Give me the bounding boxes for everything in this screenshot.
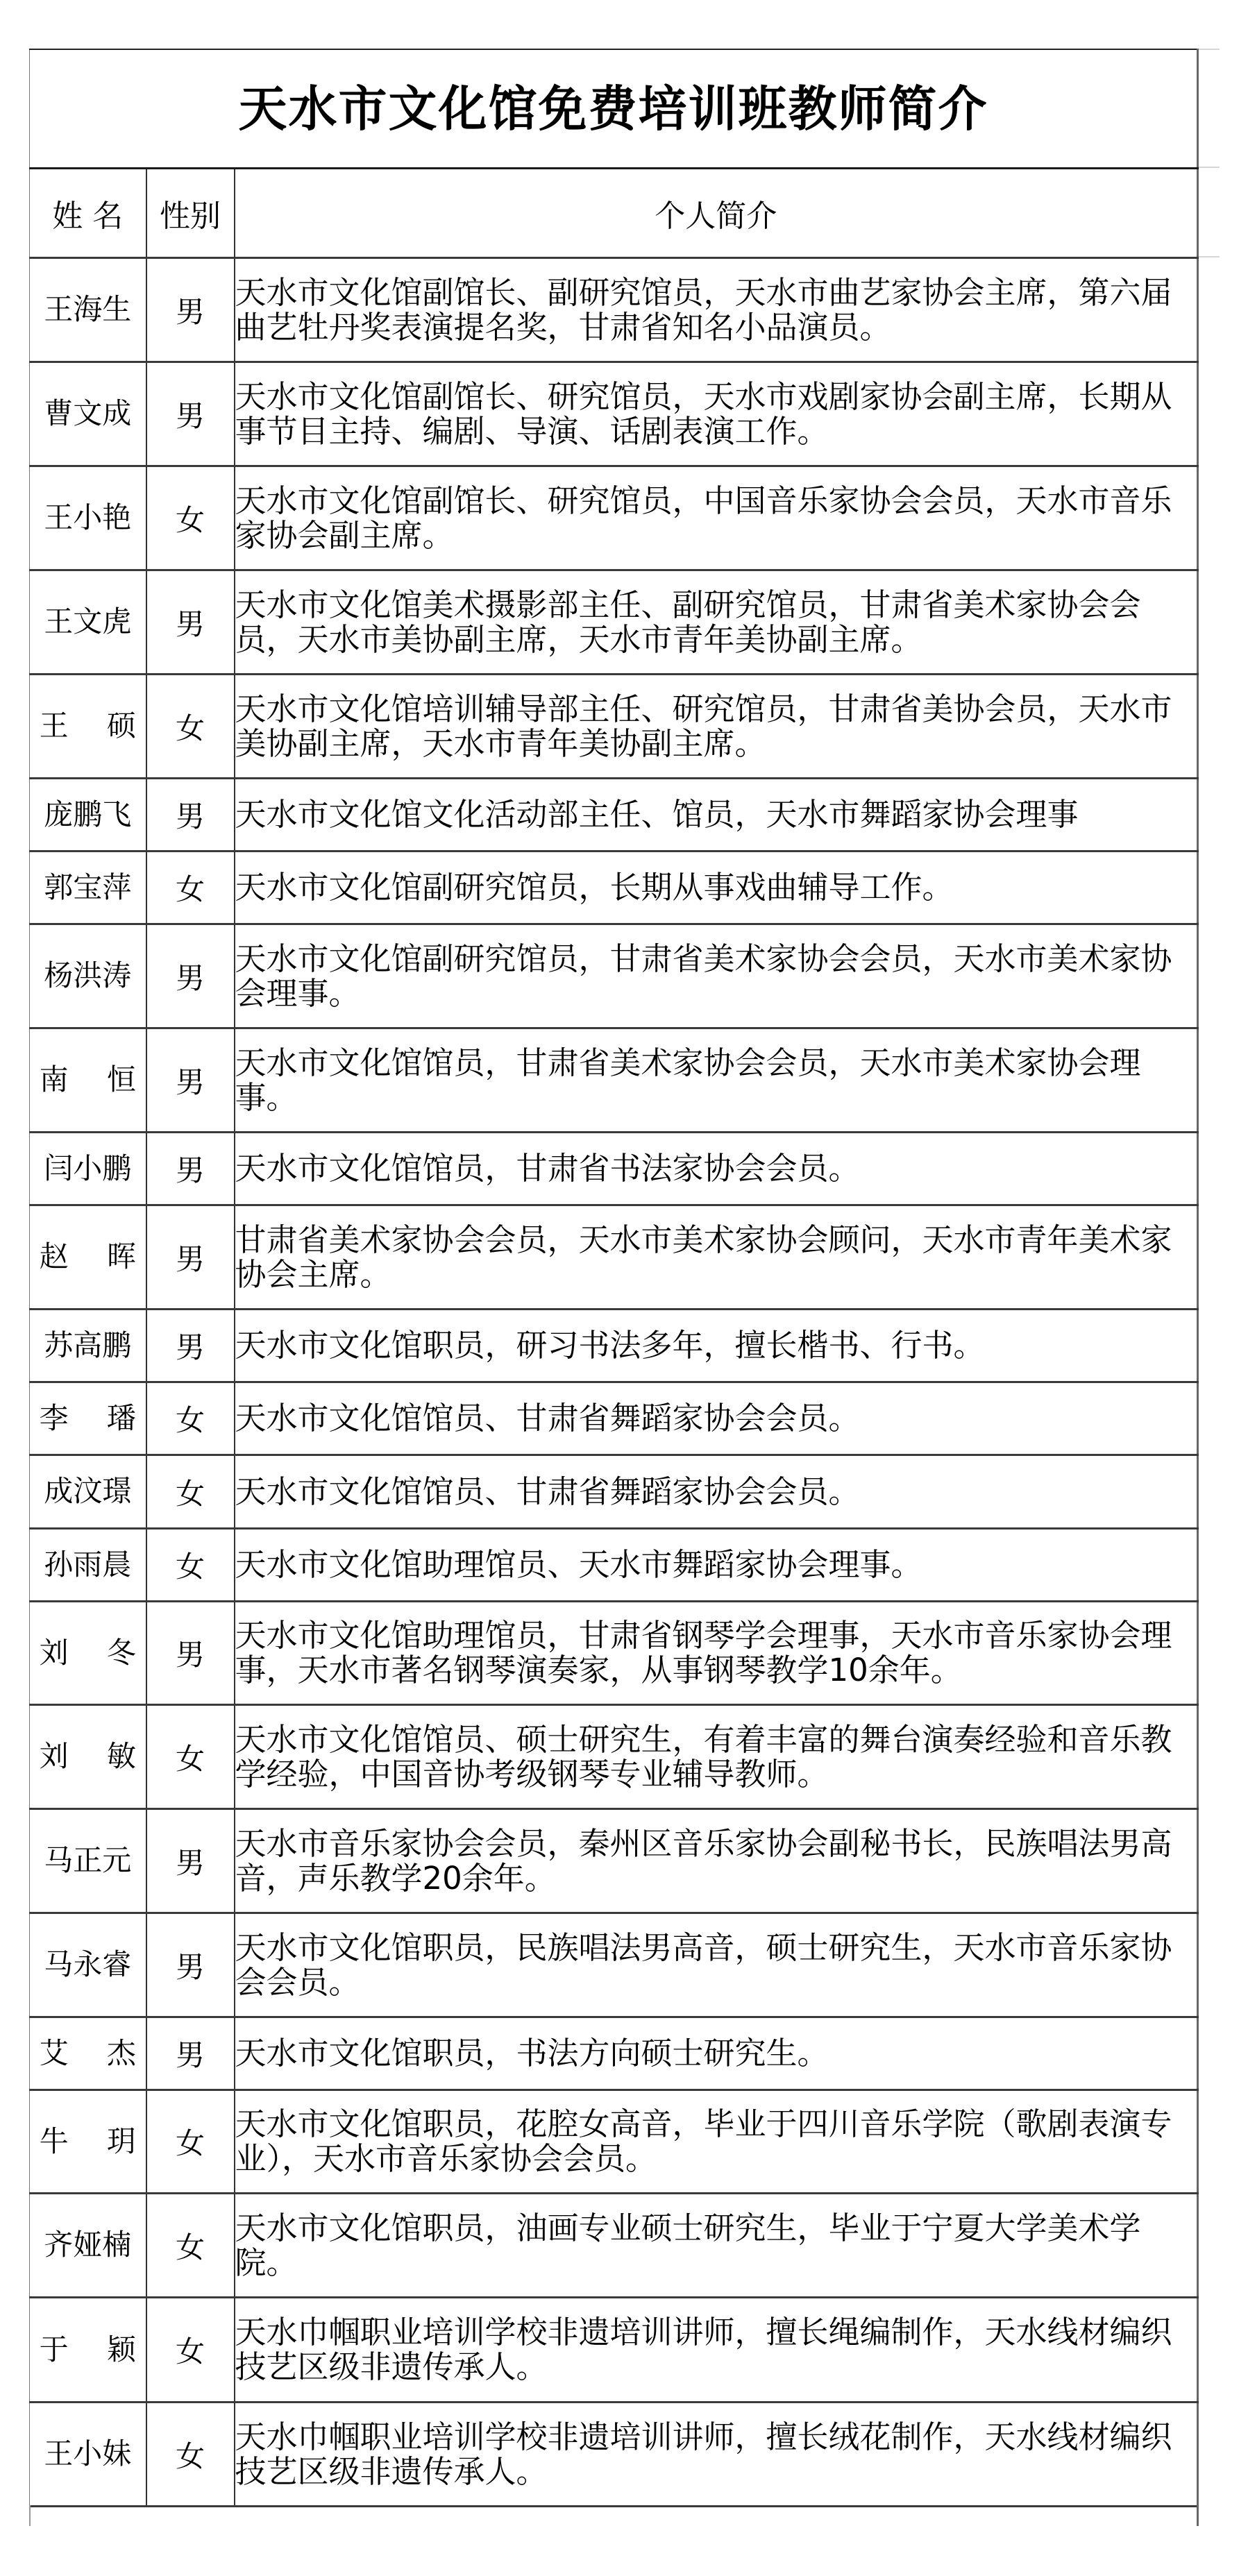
teacher-gender: 女 [146,1382,235,1455]
teacher-bio: 天水巾帼职业培训学校非遗培训讲师，擅长绒花制作，天水线材编织技艺区级非遗传承人。 [235,2403,1198,2507]
teacher-bio: 天水市文化馆职员，民族唱法男高音，硕士研究生，天水市音乐家协会会员。 [235,1913,1198,2017]
teacher-gender: 女 [146,2194,235,2298]
page-title: 天水市文化馆免费培训班教师简介 [30,49,1198,169]
teacher-gender: 男 [146,362,235,466]
teacher-bio: 天水市文化馆文化活动部主任、馆员，天水市舞蹈家协会理事 [235,779,1198,851]
teacher-gender: 男 [146,570,235,675]
teacher-name: 郭宝萍 [30,851,146,924]
table-row: 成汶璟 女 天水市文化馆馆员、甘肃省舞蹈家协会会员。 [30,1455,1198,1529]
teacher-gender: 女 [146,851,235,924]
teacher-gender: 女 [146,1529,235,1602]
teacher-bio: 天水市文化馆助理馆员，甘肃省钢琴学会理事，天水市音乐家协会理事，天水市著名钢琴演… [235,1602,1198,1705]
column-header-bio: 个人简介 [235,169,1198,258]
teacher-gender: 女 [146,675,235,779]
teacher-gender: 男 [146,1205,235,1310]
teacher-name: 李 璠 [30,1382,146,1455]
gridline-stub [1199,167,1220,168]
teacher-gender: 女 [146,2298,235,2403]
table-row: 王小妹 女 天水巾帼职业培训学校非遗培训讲师，擅长绒花制作，天水线材编织技艺区级… [30,2403,1198,2507]
teacher-gender: 男 [146,258,235,362]
table-row: 马永睿 男 天水市文化馆职员，民族唱法男高音，硕士研究生，天水市音乐家协会会员。 [30,1913,1198,2017]
teacher-bio: 天水巾帼职业培训学校非遗培训讲师，擅长绳编制作，天水线材编织技艺区级非遗传承人。 [235,2298,1198,2403]
table-row: 艾 杰 男 天水市文化馆职员，书法方向硕士研究生。 [30,2017,1198,2090]
teacher-bio: 天水市音乐家协会会员，秦州区音乐家协会副秘书长，民族唱法男高音，声乐教学20余年… [235,1809,1198,1913]
teacher-name: 庞鹏飞 [30,779,146,851]
table-row: 苏高鹏 男 天水市文化馆职员，研习书法多年，擅长楷书、行书。 [30,1310,1198,1382]
column-header-name: 姓名 [30,169,146,258]
teacher-roster-sheet: 天水市文化馆免费培训班教师简介 姓名 性别 个人简介 王海生 男 天水市文化馆副… [29,49,1197,2507]
teacher-bio: 天水市文化馆副研究馆员，甘肃省美术家协会会员，天水市美术家协会理事。 [235,924,1198,1028]
teacher-gender: 男 [146,2017,235,2090]
table-row: 孙雨晨 女 天水市文化馆助理馆员、天水市舞蹈家协会理事。 [30,1529,1198,1602]
table-row: 曹文成 男 天水市文化馆副馆长、研究馆员，天水市戏剧家协会副主席，长期从事节目主… [30,362,1198,466]
teacher-bio: 天水市文化馆美术摄影部主任、副研究馆员，甘肃省美术家协会会员，天水市美协副主席，… [235,570,1198,675]
gridline-stub [29,2505,31,2526]
teacher-bio: 天水市文化馆馆员、甘肃省舞蹈家协会会员。 [235,1455,1198,1529]
teacher-name: 闫小鹏 [30,1133,146,1205]
gridline-stub [1197,2505,1199,2526]
table-row: 李 璠 女 天水市文化馆馆员、甘肃省舞蹈家协会会员。 [30,1382,1198,1455]
teacher-bio: 天水市文化馆馆员，甘肃省书法家协会会员。 [235,1133,1198,1205]
teacher-gender: 男 [146,1913,235,2017]
teacher-name: 牛 玥 [30,2090,146,2194]
teacher-bio: 天水市文化馆副馆长、研究馆员，天水市戏剧家协会副主席，长期从事节目主持、编剧、导… [235,362,1198,466]
gridline-stub [1199,49,1220,50]
teacher-name: 苏高鹏 [30,1310,146,1382]
teacher-gender: 男 [146,1133,235,1205]
teacher-name: 刘 冬 [30,1602,146,1705]
teacher-bio: 天水市文化馆职员，油画专业硕士研究生，毕业于宁夏大学美术学院。 [235,2194,1198,2298]
table-row: 庞鹏飞 男 天水市文化馆文化活动部主任、馆员，天水市舞蹈家协会理事 [30,779,1198,851]
teacher-gender: 男 [146,1809,235,1913]
table-row: 牛 玥 女 天水市文化馆职员，花腔女高音，毕业于四川音乐学院（歌剧表演专业），天… [30,2090,1198,2194]
table-row: 齐娅楠 女 天水市文化馆职员，油画专业硕士研究生，毕业于宁夏大学美术学院。 [30,2194,1198,2298]
table-row: 马正元 男 天水市音乐家协会会员，秦州区音乐家协会副秘书长，民族唱法男高音，声乐… [30,1809,1198,1913]
table-row: 于 颖 女 天水巾帼职业培训学校非遗培训讲师，擅长绳编制作，天水线材编织技艺区级… [30,2298,1198,2403]
table-row: 赵 晖 男 甘肃省美术家协会会员，天水市美术家协会顾问，天水市青年美术家协会主席… [30,1205,1198,1310]
header-row: 姓名 性别 个人简介 [30,169,1198,258]
teacher-name: 刘 敏 [30,1705,146,1809]
teacher-gender: 女 [146,466,235,570]
teacher-gender: 女 [146,1705,235,1809]
teacher-name: 马永睿 [30,1913,146,2017]
gridline-stub [1199,256,1220,257]
table-row: 杨洪涛 男 天水市文化馆副研究馆员，甘肃省美术家协会会员，天水市美术家协会理事。 [30,924,1198,1028]
teacher-name: 赵 晖 [30,1205,146,1310]
teacher-name: 杨洪涛 [30,924,146,1028]
table-row: 南 恒 男 天水市文化馆馆员，甘肃省美术家协会会员，天水市美术家协会理事。 [30,1028,1198,1133]
teacher-bio: 天水市文化馆职员，研习书法多年，擅长楷书、行书。 [235,1310,1198,1382]
teacher-bio: 天水市文化馆馆员，甘肃省美术家协会会员，天水市美术家协会理事。 [235,1028,1198,1133]
column-header-gender: 性别 [146,169,235,258]
teacher-gender: 男 [146,1028,235,1133]
teacher-name: 王小妹 [30,2403,146,2507]
teacher-bio: 天水市文化馆馆员、甘肃省舞蹈家协会会员。 [235,1382,1198,1455]
teacher-gender: 男 [146,1310,235,1382]
table-row: 王 硕 女 天水市文化馆培训辅导部主任、研究馆员，甘肃省美协会员，天水市美协副主… [30,675,1198,779]
table-row: 王文虎 男 天水市文化馆美术摄影部主任、副研究馆员，甘肃省美术家协会会员，天水市… [30,570,1198,675]
teacher-gender: 男 [146,779,235,851]
teacher-bio: 天水市文化馆职员，书法方向硕士研究生。 [235,2017,1198,2090]
teacher-name: 成汶璟 [30,1455,146,1529]
table-row: 刘 冬 男 天水市文化馆助理馆员，甘肃省钢琴学会理事，天水市音乐家协会理事，天水… [30,1602,1198,1705]
teacher-bio: 天水市文化馆培训辅导部主任、研究馆员，甘肃省美协会员，天水市美协副主席，天水市青… [235,675,1198,779]
teacher-name: 艾 杰 [30,2017,146,2090]
teacher-bio: 天水市文化馆职员，花腔女高音，毕业于四川音乐学院（歌剧表演专业），天水市音乐家协… [235,2090,1198,2194]
table-row: 王小艳 女 天水市文化馆副馆长、研究馆员，中国音乐家协会会员，天水市音乐家协会副… [30,466,1198,570]
roster-body: 王海生 男 天水市文化馆副馆长、副研究馆员，天水市曲艺家协会主席，第六届曲艺牡丹… [30,258,1198,2507]
table-row: 王海生 男 天水市文化馆副馆长、副研究馆员，天水市曲艺家协会主席，第六届曲艺牡丹… [30,258,1198,362]
teacher-name: 南 恒 [30,1028,146,1133]
teacher-gender: 女 [146,2403,235,2507]
teacher-bio: 天水市文化馆馆员、硕士研究生，有着丰富的舞台演奏经验和音乐教学经验，中国音协考级… [235,1705,1198,1809]
teacher-name: 王文虎 [30,570,146,675]
teacher-bio: 天水市文化馆助理馆员、天水市舞蹈家协会理事。 [235,1529,1198,1602]
teacher-roster-table: 天水市文化馆免费培训班教师简介 姓名 性别 个人简介 王海生 男 天水市文化馆副… [29,49,1199,2507]
teacher-bio: 甘肃省美术家协会会员，天水市美术家协会顾问，天水市青年美术家协会主席。 [235,1205,1198,1310]
teacher-name: 王 硕 [30,675,146,779]
teacher-name: 孙雨晨 [30,1529,146,1602]
title-row: 天水市文化馆免费培训班教师简介 [30,49,1198,169]
table-row: 郭宝萍 女 天水市文化馆副研究馆员，长期从事戏曲辅导工作。 [30,851,1198,924]
teacher-gender: 男 [146,924,235,1028]
teacher-gender: 女 [146,2090,235,2194]
teacher-name: 马正元 [30,1809,146,1913]
table-row: 闫小鹏 男 天水市文化馆馆员，甘肃省书法家协会会员。 [30,1133,1198,1205]
teacher-gender: 女 [146,1455,235,1529]
teacher-gender: 男 [146,1602,235,1705]
teacher-name: 曹文成 [30,362,146,466]
teacher-name: 王海生 [30,258,146,362]
column-header-name-text: 姓名 [52,198,133,234]
teacher-name: 于 颖 [30,2298,146,2403]
teacher-bio: 天水市文化馆副研究馆员，长期从事戏曲辅导工作。 [235,851,1198,924]
teacher-name: 齐娅楠 [30,2194,146,2298]
table-row: 刘 敏 女 天水市文化馆馆员、硕士研究生，有着丰富的舞台演奏经验和音乐教学经验，… [30,1705,1198,1809]
teacher-bio: 天水市文化馆副馆长、研究馆员，中国音乐家协会会员，天水市音乐家协会副主席。 [235,466,1198,570]
teacher-bio: 天水市文化馆副馆长、副研究馆员，天水市曲艺家协会主席，第六届曲艺牡丹奖表演提名奖… [235,258,1198,362]
teacher-name: 王小艳 [30,466,146,570]
